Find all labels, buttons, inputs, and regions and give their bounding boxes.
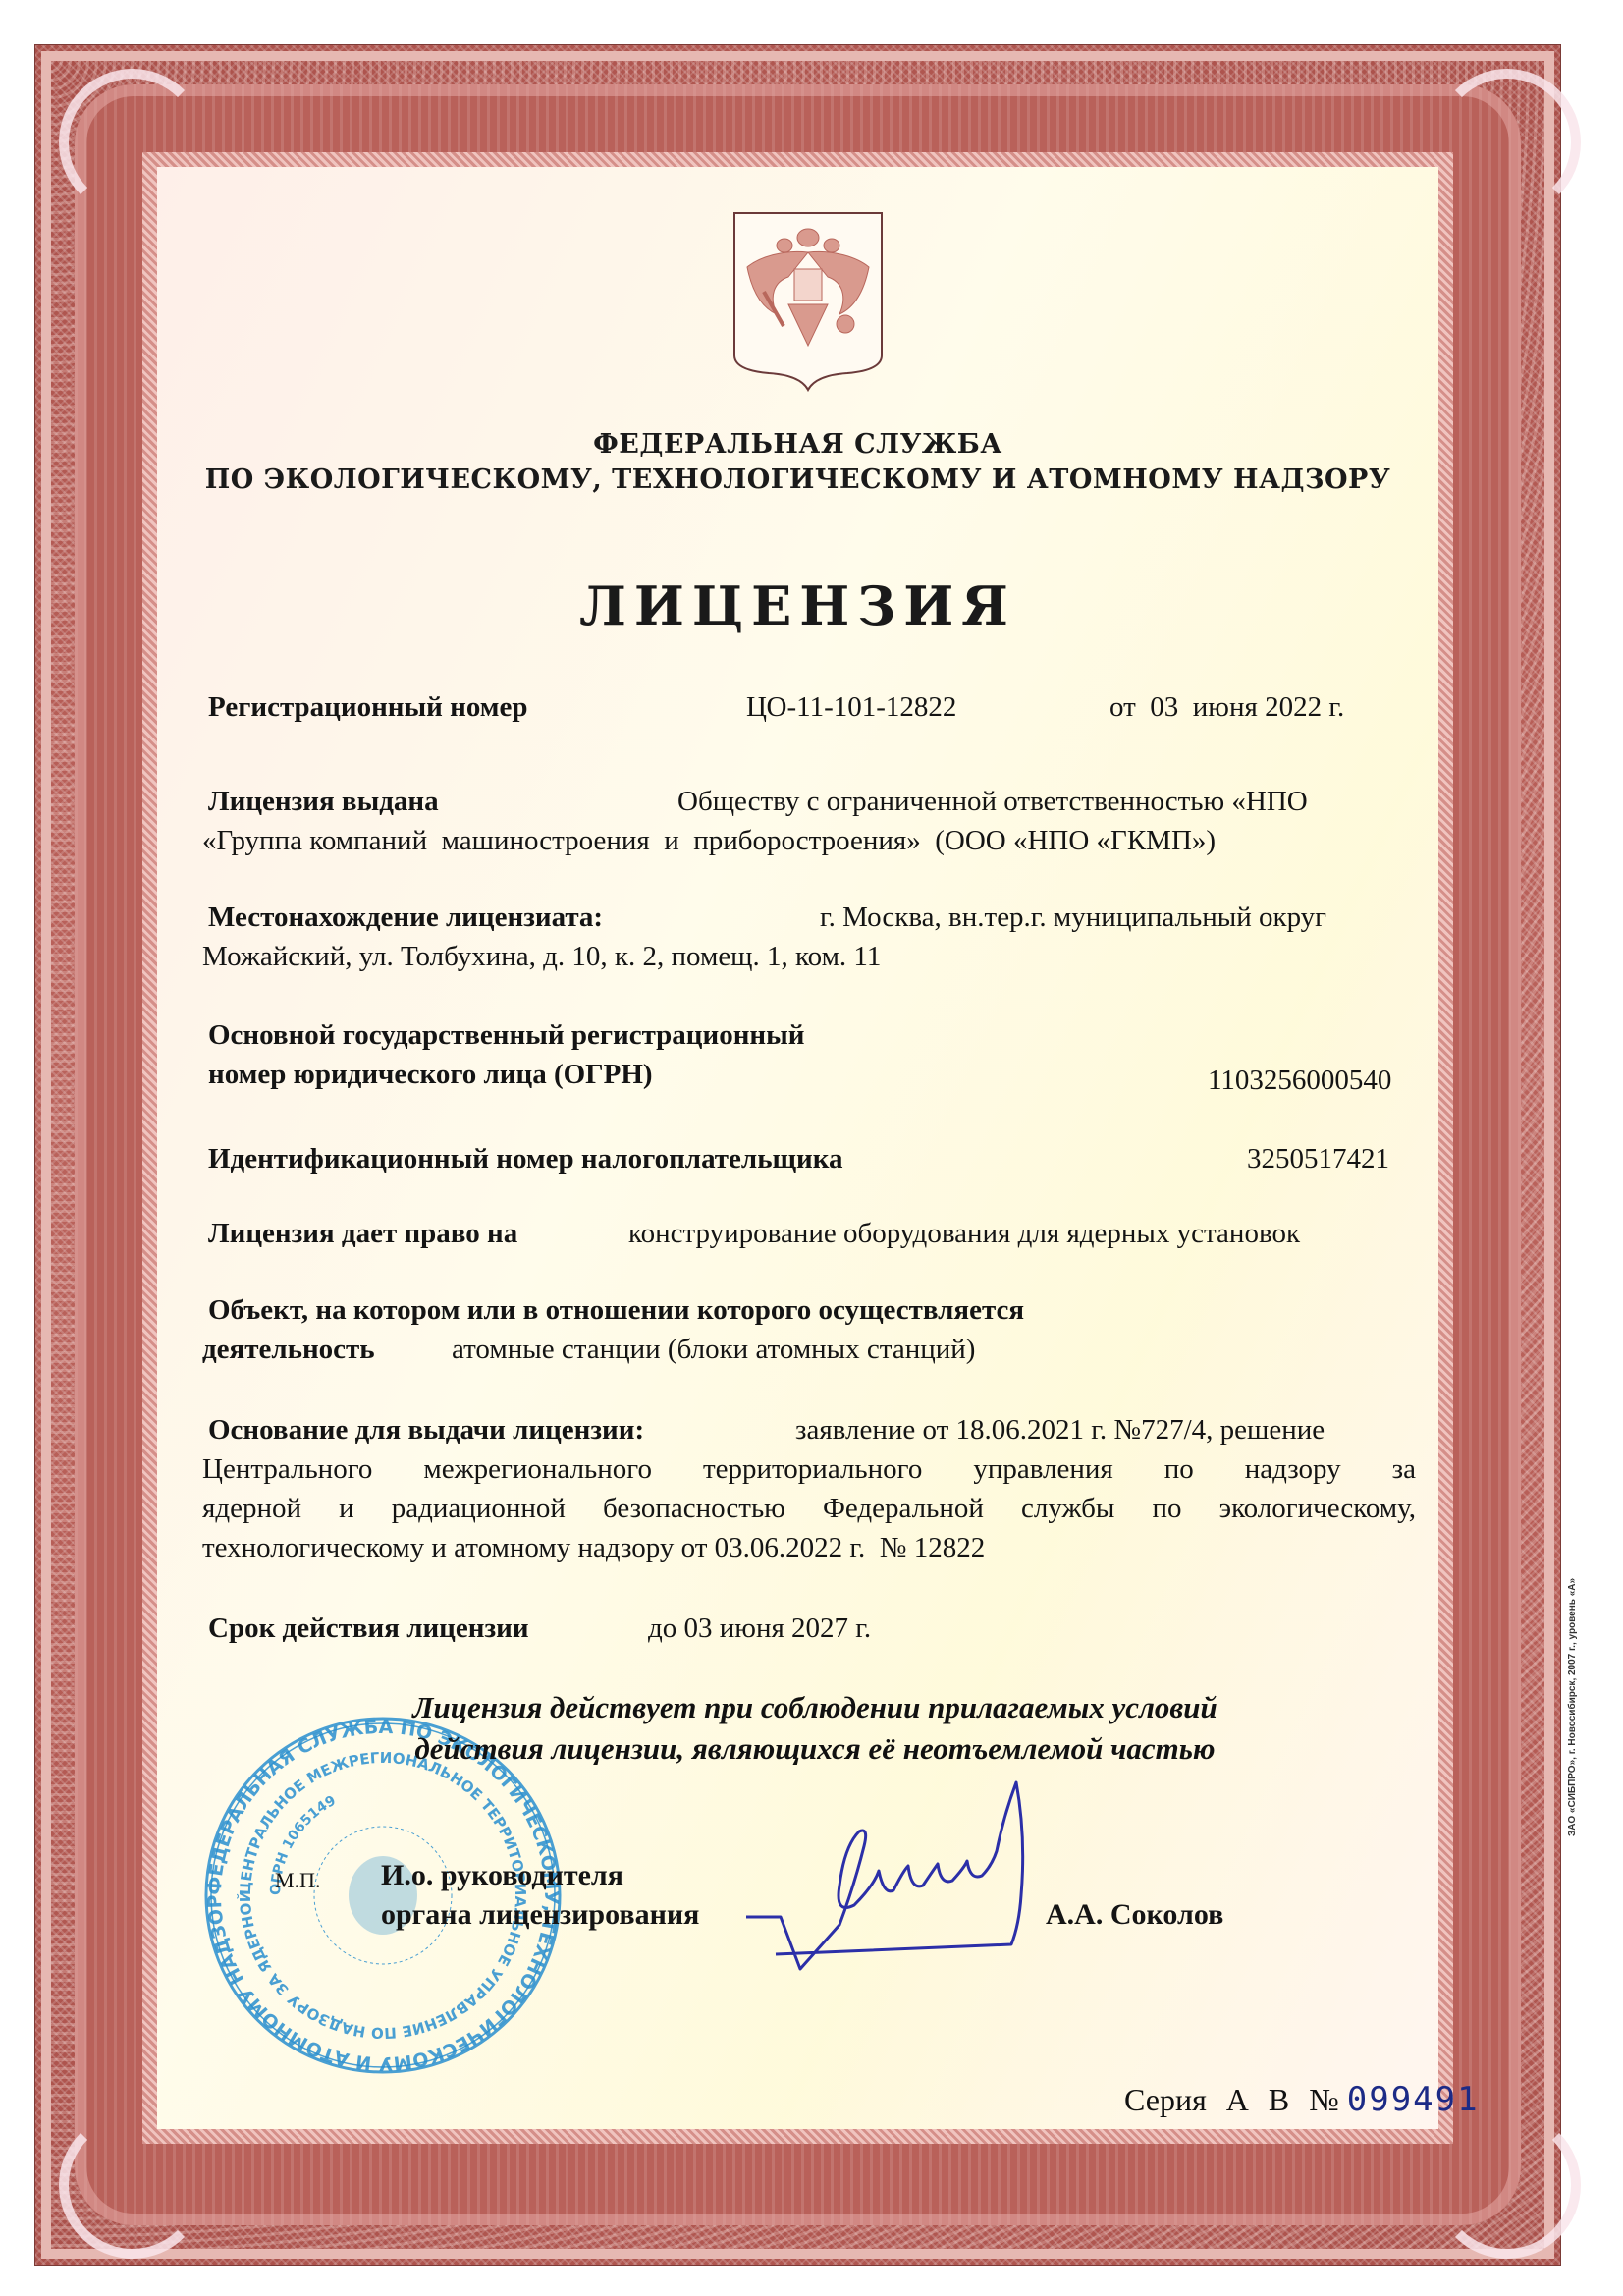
issued-to-value-line1: Обществу с ограниченной ответственностью…: [677, 782, 1308, 821]
issued-to-label: Лицензия выдана: [208, 782, 439, 821]
signatory-position-line1: И.о. руководителя: [381, 1856, 623, 1895]
serie-number: 099491: [1347, 2080, 1480, 2119]
location-value-line1: г. Москва, вн.тер.г. муниципальный округ: [820, 898, 1326, 937]
ogrn-label-line2: номер юридического лица (ОГРН): [208, 1055, 653, 1094]
serie-letters: А В: [1226, 2082, 1295, 2117]
issued-to-value-line2: «Группа компаний машиностроения и прибор…: [202, 821, 1216, 860]
basis-value-line2: Центрального межрегионального территориа…: [202, 1449, 1416, 1489]
printer-mark: ЗАО «СИБПРО», г. Новосибирск, 2007 г., у…: [1567, 1578, 1578, 1836]
inn-value: 3250517421: [1247, 1139, 1389, 1178]
right-value: конструирование оборудования для ядерных…: [628, 1214, 1300, 1253]
serie-no-sign: №: [1309, 2082, 1339, 2117]
document-title: ЛИЦЕНЗИЯ: [157, 574, 1438, 637]
basis-value-line4: технологическому и атомному надзору от 0…: [202, 1528, 985, 1567]
note-line2: действия лицензии, являющихся её неотъем…: [334, 1728, 1296, 1770]
agency-name-line1: ФЕДЕРАЛЬНАЯ СЛУЖБА: [157, 429, 1438, 460]
signatory-name: А.А. Соколов: [1046, 1895, 1223, 1935]
corner-swirl-icon: [1434, 69, 1581, 216]
ogrn-value: 1103256000540: [1208, 1061, 1391, 1100]
handwritten-signature: [746, 1777, 1119, 1974]
basis-value-line1: заявление от 18.06.2021 г. №727/4, решен…: [795, 1410, 1325, 1449]
russian-coat-of-arms-icon: [730, 208, 887, 395]
basis-label: Основание для выдачи лицензии:: [208, 1410, 644, 1449]
registration-date: от 03 июня 2022 г.: [1109, 687, 1344, 727]
right-label: Лицензия дает право на: [208, 1214, 517, 1253]
corner-swirl-icon: [1434, 2111, 1581, 2259]
license-conditions-note: Лицензия действует при соблюдении прилаг…: [334, 1687, 1296, 1770]
registration-label: Регистрационный номер: [208, 687, 528, 727]
object-value: атомные станции (блоки атомных станций): [452, 1330, 975, 1369]
serie-label: Серия: [1124, 2082, 1207, 2117]
note-line1: Лицензия действует при соблюдении прилаг…: [334, 1687, 1296, 1728]
location-label: Местонахождение лицензиата:: [208, 898, 603, 937]
validity-label: Срок действия лицензии: [208, 1609, 529, 1648]
basis-value-line3: ядерной и радиационной безопасностью Фед…: [202, 1489, 1416, 1528]
registration-number: ЦО-11-101-12822: [746, 687, 956, 727]
object-label-line1: Объект, на котором или в отношении котор…: [208, 1290, 1024, 1330]
validity-value: до 03 июня 2027 г.: [648, 1609, 871, 1648]
location-value-line2: Можайский, ул. Толбухина, д. 10, к. 2, п…: [202, 937, 881, 976]
object-label-line2: деятельность: [202, 1330, 375, 1369]
ogrn-label-line1: Основной государственный регистрационный: [208, 1015, 805, 1055]
form-serial: Серия А В № 099491: [1124, 2080, 1480, 2119]
agency-name-line2: ПО ЭКОЛОГИЧЕСКОМУ, ТЕХНОЛОГИЧЕСКОМУ И АТ…: [157, 465, 1438, 495]
signatory-position-line2: органа лицензирования: [381, 1895, 699, 1935]
stamp-place-mark: М.П.: [275, 1861, 320, 1900]
inn-label: Идентификационный номер налогоплательщик…: [208, 1139, 843, 1178]
